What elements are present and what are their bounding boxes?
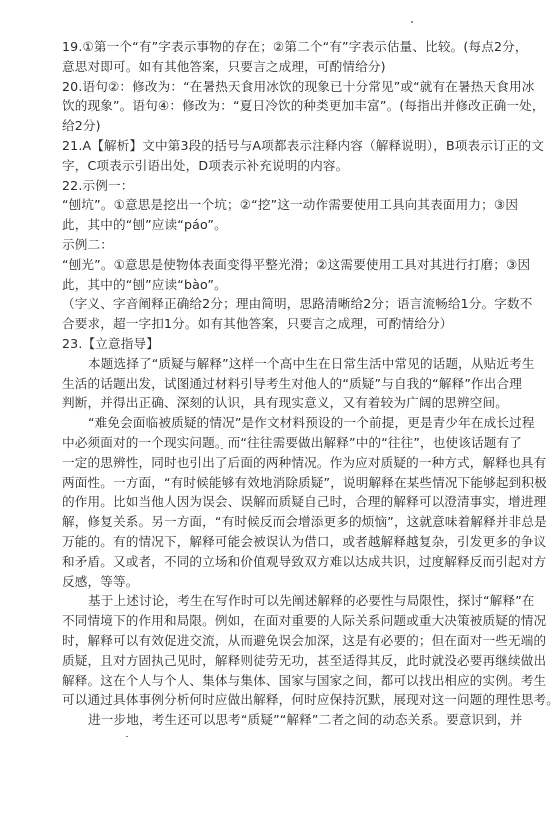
line-5: 给2分) bbox=[62, 116, 484, 136]
line-20: “难免会面临被质疑的情况”是作文材料预设的一个前提，更是青少年在成长过程 bbox=[62, 413, 484, 433]
line-11: 示例二： bbox=[62, 235, 484, 255]
line-21: 中必须面对的一个现实问题。而“往往需要做出解释”中的“往往”，也使该话题有了 bbox=[62, 433, 484, 453]
line-6: 21.A【解析】文中第3段的括号与A项都表示注释内容（解释说明），B项表示订正的… bbox=[62, 136, 484, 156]
line-27: 和矛盾。又或者，不同的立场和价值观导致双方难以达成共识，过度解释反而引起对方 bbox=[62, 552, 484, 572]
line-30: 不同情境下的作用和局限。例如，在面对重要的人际关系问题或重大决策被质疑的情况 bbox=[62, 611, 484, 631]
line-1: 19.①第一个“有”字表示事物的存在；②第二个“有”字表示估量、比较。(每点2分… bbox=[62, 37, 484, 57]
scan-speck-bottom bbox=[126, 736, 128, 737]
answer-key-page: 19.①第一个“有”字表示事物的存在；②第二个“有”字表示估量、比较。(每点2分… bbox=[62, 37, 484, 730]
line-4: 饮的现象”。语句④：修改为：“夏日冷饮的种类更加丰富”。(每指出并修改正确一处， bbox=[62, 96, 484, 116]
line-15: 合要求，超一字扣1分。如有其他答案，只要言之成理，可酌情给分） bbox=[62, 314, 484, 334]
line-35: 进一步地，考生还可以思考“质疑”“解释”二者之间的动态关系。要意识到，并 bbox=[62, 710, 484, 730]
line-8: 22.示例一： bbox=[62, 176, 484, 196]
line-22: 一定的思辨性，同时也引出了后面的两种情况。作为应对质疑的一种方式，解释也具有 bbox=[62, 453, 484, 473]
line-13: 此，其中的“刨”应读“bào”。 bbox=[62, 275, 484, 295]
line-2: 意思对即可。如有其他答案，只要言之成理，可酌情给分) bbox=[62, 57, 484, 77]
line-28: 反感，等等。 bbox=[62, 572, 484, 592]
section-heading-23: 23.【立意指导】 bbox=[62, 334, 484, 354]
line-12: “刨光”。①意思是使物体表面变得平整光滑；②这需要使用工具对其进行打磨；③因 bbox=[62, 255, 484, 275]
line-25: 解，修复关系。另一方面，“有时候反而会增添更多的烦恼”，这就意味着解释并非总是 bbox=[62, 512, 484, 532]
line-18: 生活的话题出发，试图通过材料引导考生对他人的“质疑”与自我的“解释”作出合理 bbox=[62, 374, 484, 394]
line-29: 基于上述讨论，考生在写作时可以先阐述解释的必要性与局限性，探讨“解释”在 bbox=[62, 591, 484, 611]
line-10: 此，其中的“刨”应读“páo”。 bbox=[62, 215, 484, 235]
line-32: 质疑，且对方固执己见时，解释则徒劳无功，甚至适得其反，此时就没必要再继续做出 bbox=[62, 651, 484, 671]
line-24: 的作用。比如当他人因为误会、误解而质疑自己时，合理的解释可以澄清事实，增进理 bbox=[62, 492, 484, 512]
line-19: 判断，并得出正确、深刻的认识，具有现实意义，又有着较为广阔的思辨空间。 bbox=[62, 393, 484, 413]
line-26: 万能的。有的情况下，解释可能会被误认为借口，或者越解释越复杂，引发更多的争议 bbox=[62, 532, 484, 552]
line-9: “刨坑”。①意思是挖出一个坑；②“挖”这一动作需要使用工具向其表面用力；③因 bbox=[62, 195, 484, 215]
scan-speck-top bbox=[411, 21, 413, 23]
line-23: 两面性。一方面，“有时候能够有效地消除质疑”，说明解释在某些情况下能够起到积极 bbox=[62, 473, 484, 493]
line-34: 可以通过具体事例分析何时应做出解释，何时应保持沉默，展现对这一问题的理性思考。 bbox=[62, 690, 484, 710]
line-3: 20.语句②：修改为：“在暑热天食用冰饮的现象已十分常见”或“就有在暑热天食用冰 bbox=[62, 77, 484, 97]
line-31: 时，解释可以有效促进交流，从而避免误会加深，这是有必要的；但在面对一些无端的 bbox=[62, 631, 484, 651]
line-17: 本题选择了“质疑与解释”这样一个高中生在日常生活中常见的话题，从贴近考生 bbox=[62, 354, 484, 374]
line-7: 字，C项表示引语出处，D项表示补充说明的内容。 bbox=[62, 156, 484, 176]
line-14: （字义、字音阐释正确给2分；理由简明，思路清晰给2分；语言流畅给1分。字数不 bbox=[62, 294, 484, 314]
line-33: 解释。这在个人与个人、集体与集体、国家与国家之间，都可以找出相应的实例。考生 bbox=[62, 671, 484, 691]
